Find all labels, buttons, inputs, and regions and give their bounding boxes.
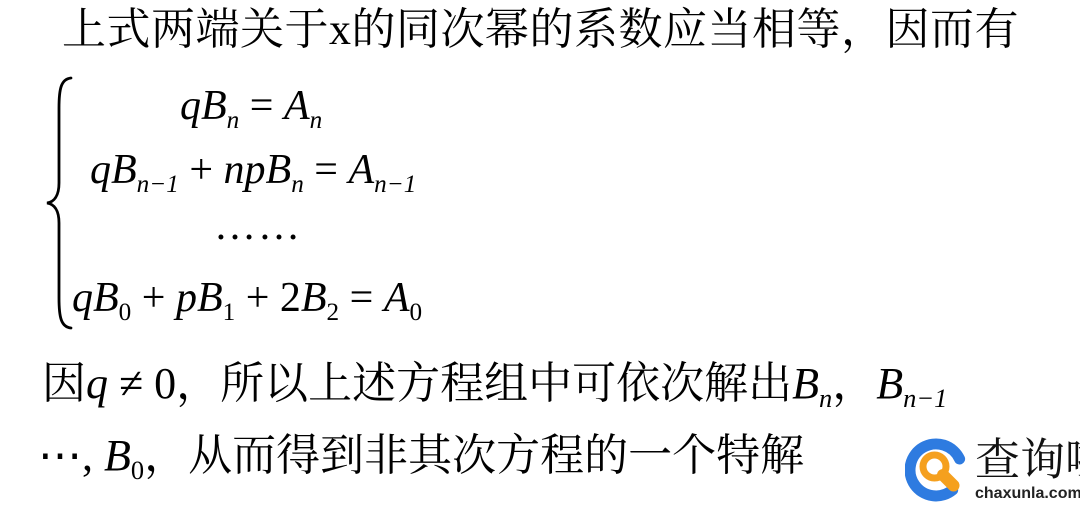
math-operator: ≠ 0: [108, 359, 176, 408]
math-term: qB: [72, 275, 119, 321]
math-term: A: [384, 275, 410, 321]
logo-text-block: 查询啦 chaxunla.com: [975, 436, 1080, 503]
math-term: qB: [90, 147, 137, 193]
math-subscript: n: [291, 171, 304, 198]
math-subscript: n: [227, 107, 240, 134]
math-term: q: [86, 359, 108, 408]
math-subscript: n−1: [137, 171, 179, 198]
page: 上式两端关于x的同次幂的系数应当相等，因而有 qBn = An qBn−1 + …: [0, 0, 1080, 523]
math-subscript: n−1: [374, 171, 416, 198]
paragraph-bottom-2: ⋯, B0，从而得到非其次方程的一个特解: [38, 428, 804, 483]
math-term: B: [104, 431, 131, 480]
logo-url: chaxunla.com: [975, 485, 1080, 503]
chaxunla-logo-icon: [905, 436, 973, 504]
math-term: B: [792, 359, 819, 408]
equation-1: qBn = An: [180, 82, 322, 130]
math-term: qB: [180, 83, 227, 129]
math-term: npB: [224, 147, 292, 193]
equation-ellipsis: ……: [214, 202, 302, 250]
math-operator: +: [179, 147, 224, 193]
text-run: ，从而得到非其次方程的一个特解: [144, 431, 804, 480]
math-operator: =: [239, 83, 284, 129]
left-brace: [44, 76, 74, 330]
math-subscript: 1: [223, 299, 236, 326]
equation-2: qBn−1 + npBn = An−1: [90, 146, 416, 194]
math-subscript: 2: [327, 299, 340, 326]
math-term: A: [284, 83, 310, 129]
logo-title: 查询啦: [975, 436, 1080, 484]
text-run: ，所以上述方程组中可依次解出: [176, 359, 792, 408]
equation-3: qB0 + pB1 + 2B2 = A0: [72, 274, 422, 322]
math-subscript: 0: [131, 455, 144, 485]
math-operator: + 2: [235, 275, 301, 321]
ellipsis-run: ⋯,: [38, 431, 104, 480]
math-subscript: n−1: [903, 383, 947, 413]
paragraph-bottom-1: 因q ≠ 0，所以上述方程组中可依次解出Bn，Bn−1: [42, 356, 947, 411]
watermark-logo: 查询啦 chaxunla.com: [905, 436, 1080, 504]
math-term: B: [876, 359, 903, 408]
paragraph-top: 上式两端关于x的同次幂的系数应当相等，因而有: [62, 2, 1019, 57]
math-subscript: 0: [409, 299, 422, 326]
math-term: B: [301, 275, 327, 321]
math-operator: =: [304, 147, 349, 193]
math-subscript: n: [310, 107, 323, 134]
text-run: 因: [42, 359, 86, 408]
math-operator: +: [131, 275, 176, 321]
math-subscript: n: [819, 383, 832, 413]
math-operator: =: [339, 275, 384, 321]
math-term: A: [348, 147, 374, 193]
text-run: ，: [832, 359, 876, 408]
math-subscript: 0: [119, 299, 132, 326]
math-term: pB: [176, 275, 223, 321]
